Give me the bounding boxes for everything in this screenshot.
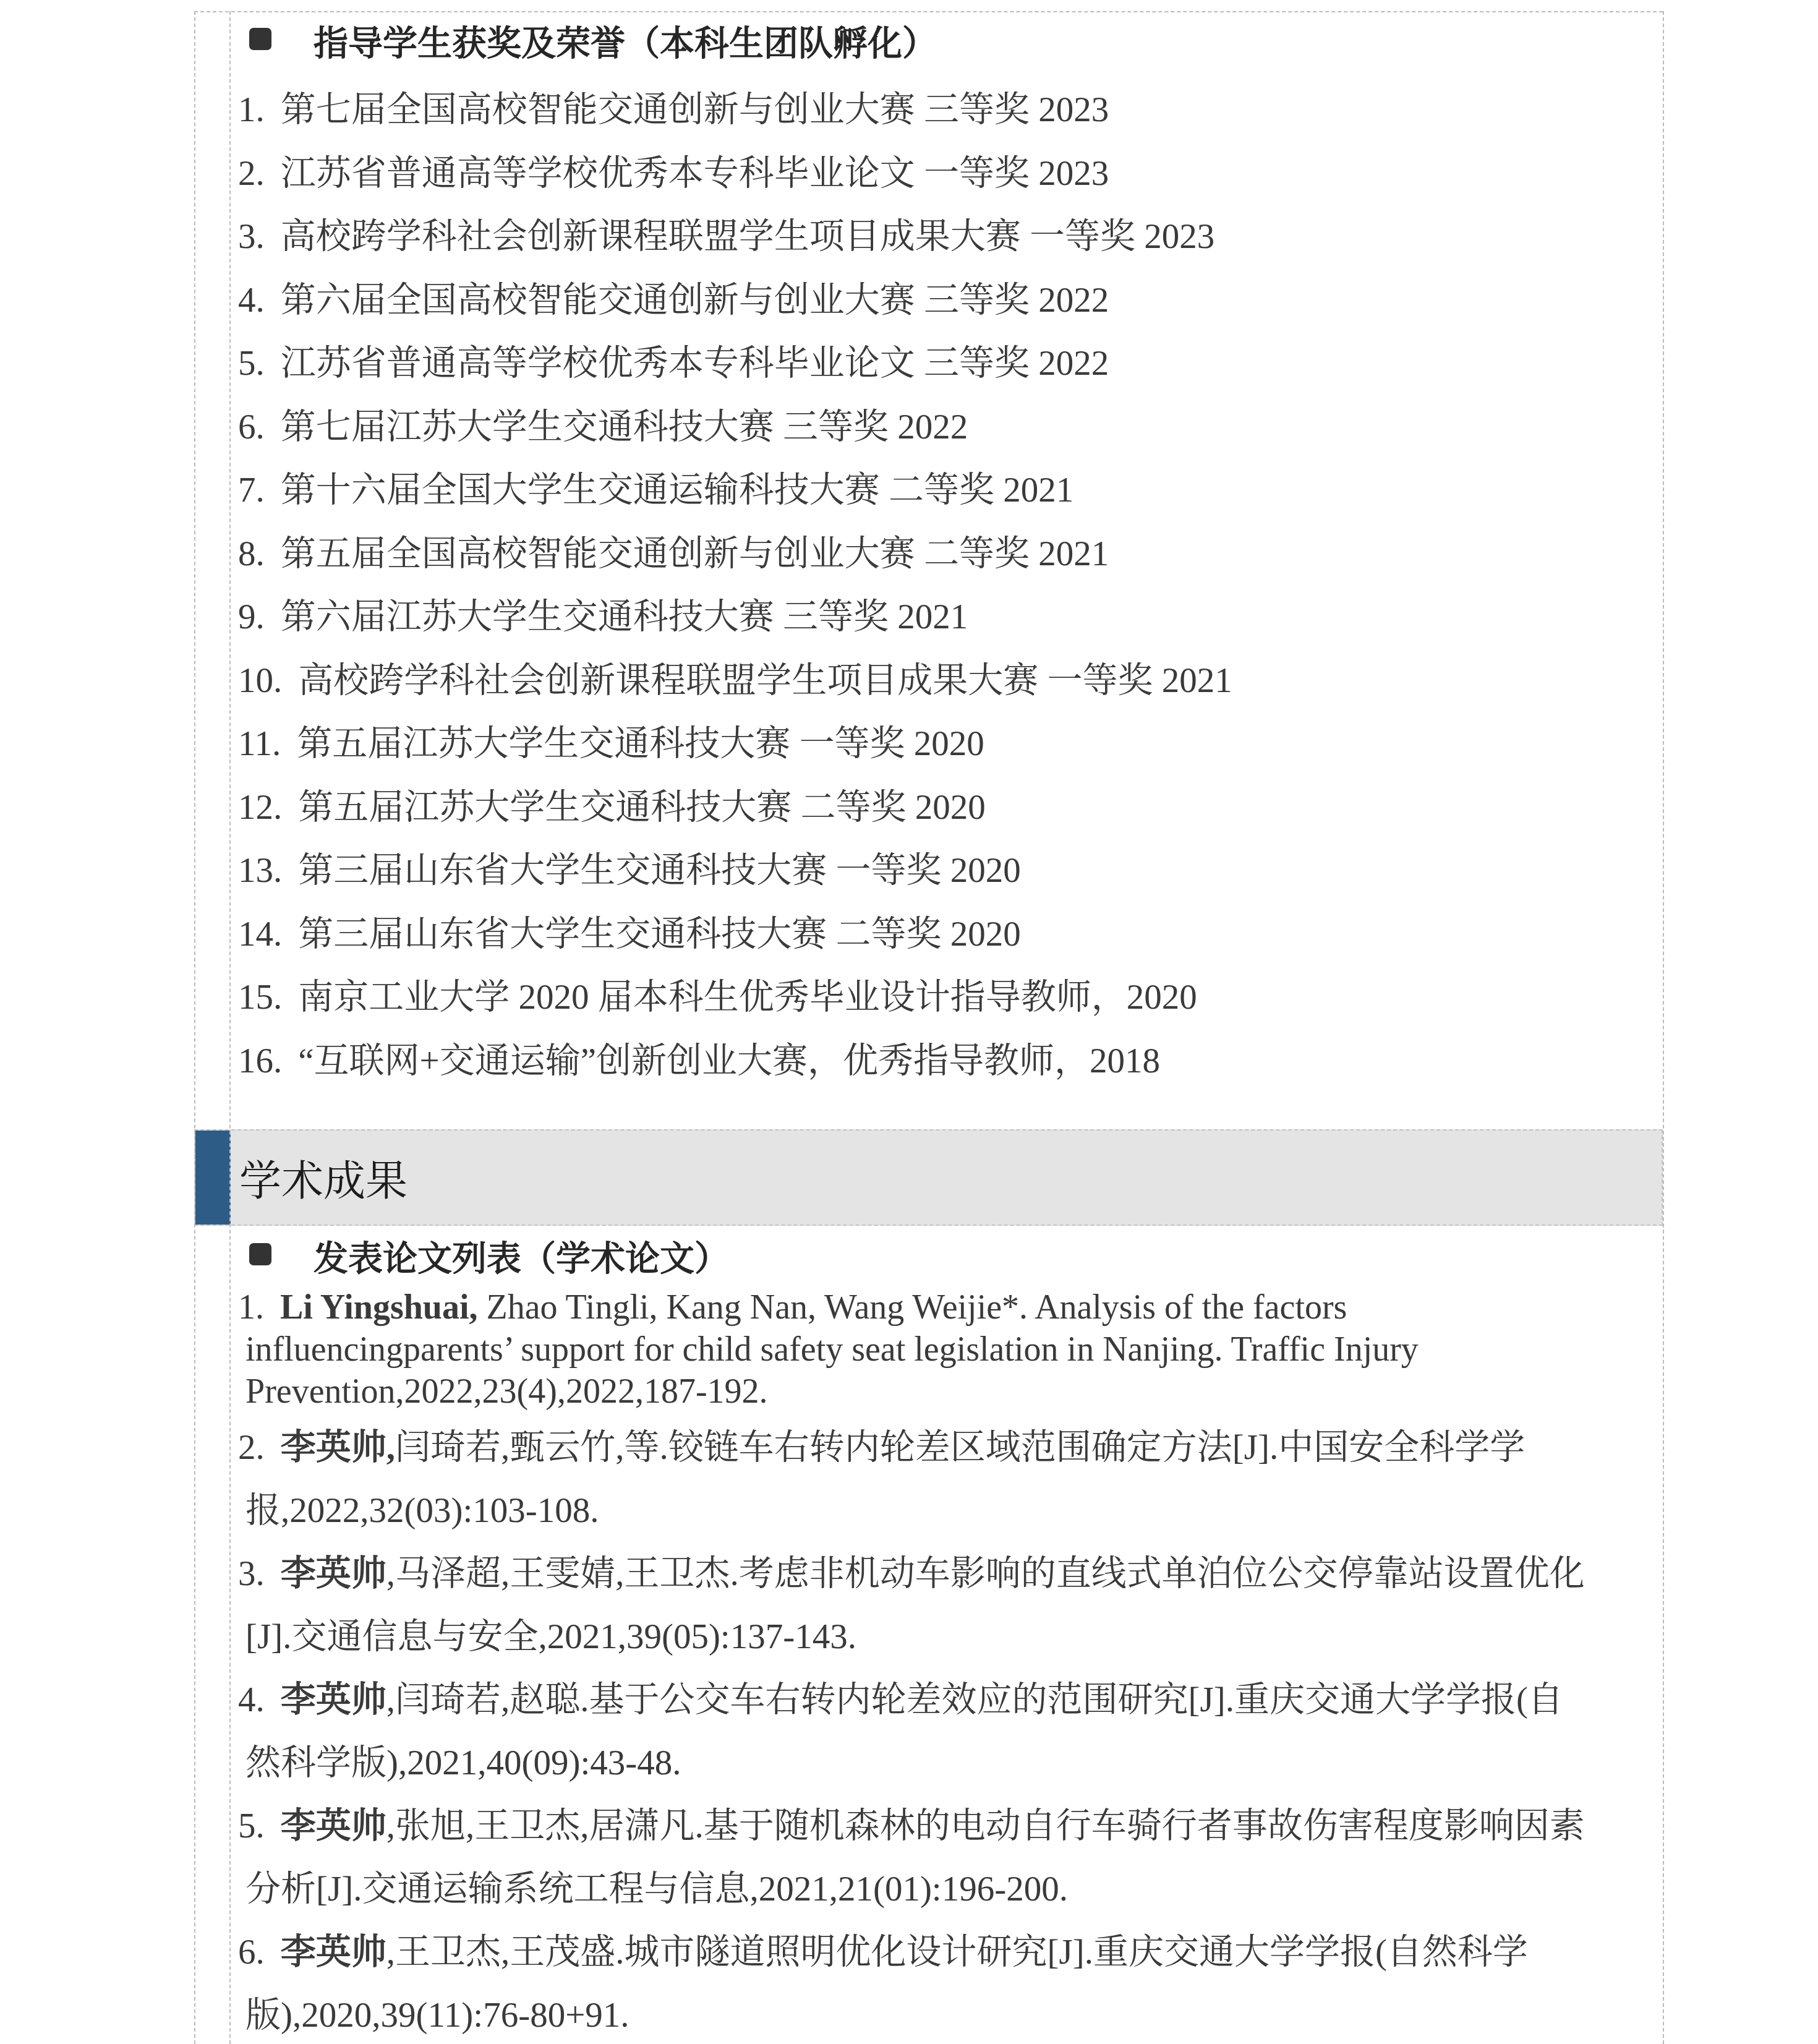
award-number: 11. — [238, 724, 281, 763]
paper-text: 闫琦若,甄云竹,等.铰链车右转内轮差区域范围确定方法[J].中国安全科学学 — [395, 1428, 1525, 1467]
paper-number: 1. — [238, 1288, 264, 1327]
paper-6-line-1: 6.李英帅,王卫杰,王茂盛.城市隧道照明优化设计研究[J].重庆交通大学学报(自… — [231, 1921, 1663, 1984]
award-item: 2.江苏省普通高等学校优秀本专科毕业论文 一等奖 2023 — [231, 142, 1663, 206]
award-number: 4. — [238, 281, 265, 320]
cv-document-page: { "colors": { "accent_blue": "#2d5c86", … — [0, 0, 1818, 2044]
papers-section-heading: 发表论文列表（学术论文） — [231, 1228, 729, 1289]
paper-4-line-2: 然科学版),2021,40(09):43-48. — [231, 1732, 1663, 1795]
banner-title: 学术成果 — [239, 1131, 408, 1225]
paper-number: 4. — [238, 1680, 265, 1719]
award-text: 第三届山东省大学生交通科技大赛 一等奖 2020 — [298, 851, 1021, 890]
award-text: 第六届江苏大学生交通科技大赛 三等奖 2021 — [281, 597, 968, 636]
award-text: 第三届山东省大学生交通科技大赛 二等奖 2020 — [298, 915, 1021, 954]
square-bullet-icon — [249, 28, 271, 50]
award-item: 8.第五届全国高校智能交通创新与创业大赛 二等奖 2021 — [231, 523, 1663, 586]
award-number: 9. — [238, 597, 265, 636]
award-number: 10. — [238, 661, 282, 700]
award-text: 第五届全国高校智能交通创新与创业大赛 二等奖 2021 — [281, 534, 1109, 573]
paper-author-bold: 李英帅 — [281, 1933, 386, 1972]
paper-6-line-2: 版),2020,39(11):76-80+91. — [231, 1984, 1663, 2044]
awards-section-heading: 指导学生获奖及荣誉（本科生团队孵化） — [231, 12, 937, 74]
publications-list: 1.Li Yingshuai, Zhao Tingli, Kang Nan, W… — [231, 1286, 1663, 2044]
award-text: 高校跨学科社会创新课程联盟学生项目成果大赛 一等奖 2023 — [281, 217, 1215, 256]
award-item: 13.第三届山东省大学生交通科技大赛 一等奖 2020 — [231, 839, 1663, 903]
paper-number: 5. — [238, 1807, 265, 1845]
paper-1-line-3: Prevention,2022,23(4),2022,187-192. — [231, 1371, 1663, 1413]
papers-heading-label: 发表论文列表（学术论文） — [314, 1239, 729, 1278]
award-number: 13. — [238, 851, 282, 890]
paper-author-bold: 李英帅 — [281, 1680, 386, 1719]
paper-author-bold: 李英帅, — [281, 1428, 395, 1467]
award-item: 12.第五届江苏大学生交通科技大赛 二等奖 2020 — [231, 776, 1663, 840]
award-number: 5. — [238, 344, 265, 383]
paper-5-line-1: 5.李英帅,张旭,王卫杰,居潇凡.基于随机森林的电动自行车骑行者事故伤害程度影响… — [231, 1795, 1663, 1858]
paper-author-bold: 李英帅 — [281, 1807, 386, 1845]
right-dashed-guide — [1663, 11, 1664, 2044]
paper-text: ,马泽超,王雯婧,王卫杰.考虑非机动车影响的直线式单泊位公交停靠站设置优化 — [386, 1554, 1585, 1593]
award-item: 11.第五届江苏大学生交通科技大赛 一等奖 2020 — [231, 712, 1663, 776]
banner-accent-bar — [195, 1131, 231, 1225]
award-number: 12. — [238, 788, 282, 827]
award-text: “互联网+交通运输”创新创业大赛，优秀指导教师，2018 — [298, 1041, 1160, 1080]
awards-list: 1.第七届全国高校智能交通创新与创业大赛 三等奖 2023 2.江苏省普通高等学… — [231, 79, 1663, 1093]
award-item: 15.南京工业大学 2020 届本科生优秀毕业设计指导教师，2020 — [231, 966, 1663, 1030]
paper-text: ,闫琦若,赵聪.基于公交车右转内轮差效应的范围研究[J].重庆交通大学学报(自 — [386, 1680, 1563, 1719]
award-item: 6.第七届江苏大学生交通科技大赛 三等奖 2022 — [231, 396, 1663, 460]
paper-number: 6. — [238, 1933, 265, 1972]
left-outer-dashed-guide — [194, 11, 195, 2044]
award-text: 第六届全国高校智能交通创新与创业大赛 三等奖 2022 — [281, 281, 1109, 320]
award-text: 第十六届全国大学生交通运输科技大赛 二等奖 2021 — [281, 471, 1074, 510]
awards-heading-label: 指导学生获奖及荣誉（本科生团队孵化） — [314, 24, 937, 62]
paper-author-bold: Li Yingshuai, — [280, 1288, 478, 1327]
award-item: 7.第十六届全国大学生交通运输科技大赛 二等奖 2021 — [231, 459, 1663, 523]
award-item: 14.第三届山东省大学生交通科技大赛 二等奖 2020 — [231, 903, 1663, 967]
award-text: 第七届江苏大学生交通科技大赛 三等奖 2022 — [281, 408, 968, 447]
academic-achievements-banner: 学术成果 — [194, 1129, 1663, 1226]
paper-number: 2. — [238, 1428, 265, 1467]
award-number: 16. — [238, 1041, 282, 1080]
award-text: 江苏省普通高等学校优秀本专科毕业论文 三等奖 2022 — [281, 344, 1109, 383]
award-number: 2. — [238, 154, 265, 193]
award-text: 第七届全国高校智能交通创新与创业大赛 三等奖 2023 — [281, 90, 1109, 129]
paper-1-line-1: 1.Li Yingshuai, Zhao Tingli, Kang Nan, W… — [231, 1286, 1663, 1328]
award-number: 14. — [238, 915, 282, 954]
paper-1-line-2: influencingparents’ support for child sa… — [231, 1328, 1663, 1371]
award-text: 第五届江苏大学生交通科技大赛 二等奖 2020 — [298, 788, 986, 827]
paper-4-line-1: 4.李英帅,闫琦若,赵聪.基于公交车右转内轮差效应的范围研究[J].重庆交通大学… — [231, 1669, 1663, 1732]
award-item: 3.高校跨学科社会创新课程联盟学生项目成果大赛 一等奖 2023 — [231, 205, 1663, 269]
award-item: 5.江苏省普通高等学校优秀本专科毕业论文 三等奖 2022 — [231, 332, 1663, 396]
award-text: 第五届江苏大学生交通科技大赛 一等奖 2020 — [297, 724, 984, 763]
award-item: 4.第六届全国高校智能交通创新与创业大赛 三等奖 2022 — [231, 269, 1663, 333]
award-item: 16.“互联网+交通运输”创新创业大赛，优秀指导教师，2018 — [231, 1030, 1663, 1093]
award-number: 7. — [238, 471, 265, 510]
paper-2-line-2: 报,2022,32(03):103-108. — [231, 1479, 1663, 1542]
award-item: 10.高校跨学科社会创新课程联盟学生项目成果大赛 一等奖 2021 — [231, 649, 1663, 713]
paper-5-line-2: 分析[J].交通运输系统工程与信息,2021,21(01):196-200. — [231, 1858, 1663, 1921]
award-text: 南京工业大学 2020 届本科生优秀毕业设计指导教师，2020 — [298, 978, 1197, 1017]
award-text: 高校跨学科社会创新课程联盟学生项目成果大赛 一等奖 2021 — [298, 661, 1232, 700]
paper-text: Zhao Tingli, Kang Nan, Wang Weijie*. Ana… — [478, 1288, 1347, 1327]
square-bullet-icon — [249, 1243, 271, 1265]
award-item: 9.第六届江苏大学生交通科技大赛 三等奖 2021 — [231, 586, 1663, 649]
paper-3-line-2: [J].交通信息与安全,2021,39(05):137-143. — [231, 1606, 1663, 1669]
award-number: 8. — [238, 534, 265, 573]
paper-3-line-1: 3.李英帅,马泽超,王雯婧,王卫杰.考虑非机动车影响的直线式单泊位公交停靠站设置… — [231, 1542, 1663, 1606]
paper-text: ,王卫杰,王茂盛.城市隧道照明优化设计研究[J].重庆交通大学学报(自然科学 — [386, 1933, 1528, 1972]
award-text: 江苏省普通高等学校优秀本专科毕业论文 一等奖 2023 — [281, 154, 1109, 193]
award-number: 15. — [238, 978, 282, 1017]
paper-2-line-1: 2.李英帅,闫琦若,甄云竹,等.铰链车右转内轮差区域范围确定方法[J].中国安全… — [231, 1416, 1663, 1479]
paper-number: 3. — [238, 1554, 265, 1593]
paper-text: ,张旭,王卫杰,居潇凡.基于随机森林的电动自行车骑行者事故伤害程度影响因素 — [386, 1807, 1585, 1845]
award-item: 1.第七届全国高校智能交通创新与创业大赛 三等奖 2023 — [231, 79, 1663, 142]
award-number: 3. — [238, 217, 265, 256]
paper-author-bold: 李英帅 — [281, 1554, 386, 1593]
award-number: 1. — [238, 90, 265, 129]
award-number: 6. — [238, 408, 265, 447]
